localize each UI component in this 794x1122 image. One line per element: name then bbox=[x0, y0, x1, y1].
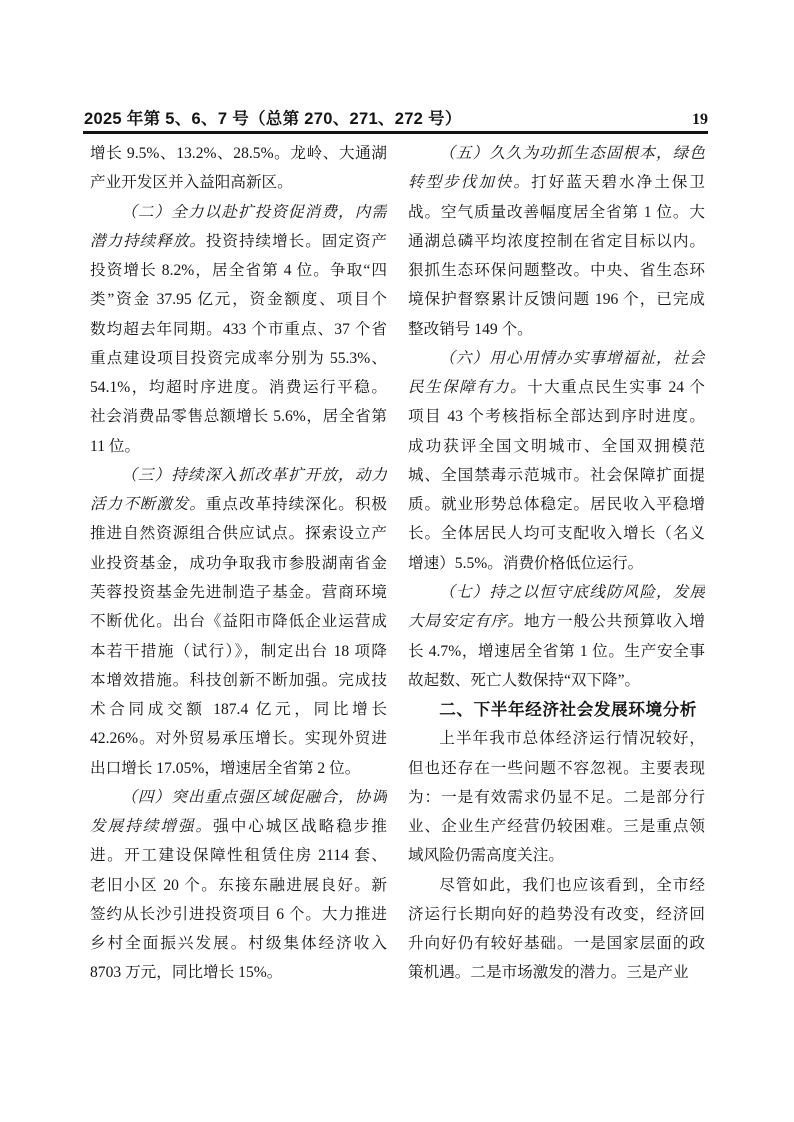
text-line: 增长 9.5%、13.2%、28.5%。龙岭、大通湖 bbox=[90, 139, 387, 168]
text-line: 8703 万元，同比增长 15%。 bbox=[90, 958, 387, 987]
text-segment-kai: （三）持续深入抓改革扩开放，动力 bbox=[121, 467, 387, 484]
text-line: 乡村全面振兴发展。村级集体经济收入 bbox=[90, 929, 387, 958]
text-segment-body: 打好蓝天碧水净土保卫 bbox=[531, 174, 705, 191]
text-segment-kai: （七）持之以恒守底线防风险，发展 bbox=[439, 584, 705, 601]
column-right: （五）久久为功抓生态固根本，绿色转型步伐加快。打好蓝天碧水净土保卫战。空气质量改… bbox=[408, 139, 705, 988]
text-segment-body: 狠抓生态环保问题整改。中央、省生态环 bbox=[408, 262, 705, 279]
text-segment-body: 老旧小区 20 个。东接东融进展良好。新 bbox=[90, 877, 387, 894]
text-line: 质。就业形势总体稳定。居民收入平稳增 bbox=[408, 490, 705, 519]
text-line: 出口增长 17.05%，增速居全省第 2 位。 bbox=[90, 754, 387, 783]
text-line: 长 4.7%，增速居全省第 1 位。生产安全事 bbox=[408, 637, 705, 666]
text-segment-body: 为：一是有效需求仍显不足。二是部分行 bbox=[408, 789, 705, 806]
text-segment-body: 本若干措施（试行）》，制定出台 18 项降 bbox=[90, 643, 387, 660]
text-segment-body: 42.26%。对外贸易承压增长。实现外贸进 bbox=[90, 730, 387, 747]
text-line: 上半年我市总体经济运行情况较好， bbox=[408, 724, 705, 753]
header-rule bbox=[83, 131, 708, 134]
text-line: 增速）5.5%。消费价格低位运行。 bbox=[408, 549, 705, 578]
text-segment-kai: （二）全力以赴扩投资促消费，内需 bbox=[121, 204, 387, 221]
text-segment-body: 重点改革持续深化。积极 bbox=[206, 496, 387, 513]
text-line: 54.1%，均超时序进度。消费运行平稳。 bbox=[90, 373, 387, 402]
text-segment-body: 投资增长 8.2%，居全省第 4 位。争取“四 bbox=[90, 262, 387, 279]
text-segment-body: 类”资金 37.95 亿元，资金额度、项目个 bbox=[90, 291, 387, 308]
text-segment-body: 尽管如此，我们也应该看到，全市经 bbox=[439, 877, 705, 894]
text-segment-body: 地方一般公共预算收入增 bbox=[524, 613, 705, 630]
text-segment-body: 业投资基金，成功争取我市参股湖南省金 bbox=[90, 555, 387, 572]
text-line: 推进自然资源组合供应试点。探索设立产 bbox=[90, 519, 387, 548]
text-line: 战。空气质量改善幅度居全省第 1 位。大 bbox=[408, 198, 705, 227]
column-left: 增长 9.5%、13.2%、28.5%。龙岭、大通湖产业开发区并入益阳高新区。（… bbox=[90, 139, 387, 988]
text-line: 本若干措施（试行）》，制定出台 18 项降 bbox=[90, 637, 387, 666]
text-line: （二）全力以赴扩投资促消费，内需 bbox=[90, 198, 387, 227]
text-line: 成功获评全国文明城市、全国双拥模范 bbox=[408, 432, 705, 461]
text-segment-body: 签约从长沙引进投资项目 6 个。大力推进 bbox=[90, 906, 387, 923]
text-line: 域风险仍需高度关注。 bbox=[408, 841, 705, 870]
text-line: 故起数、死亡人数保持“双下降”。 bbox=[408, 666, 705, 695]
text-segment-body: 投资持续增长。固定资产 bbox=[206, 233, 387, 250]
text-line: （三）持续深入抓改革扩开放，动力 bbox=[90, 461, 387, 490]
text-line: 转型步伐加快。打好蓝天碧水净土保卫 bbox=[408, 168, 705, 197]
text-segment-body: 济运行长期向好的趋势没有改变，经济回 bbox=[408, 906, 705, 923]
text-line: 本增效措施。科技创新不断加强。完成技 bbox=[90, 666, 387, 695]
text-segment-body: 乡村全面振兴发展。村级集体经济收入 bbox=[90, 935, 387, 952]
text-segment-kai: 民生保障有力。 bbox=[408, 379, 527, 396]
text-segment-body: 54.1%，均超时序进度。消费运行平稳。 bbox=[90, 379, 387, 396]
text-line: 项目 43 个考核指标全部达到序时进度。 bbox=[408, 402, 705, 431]
text-line: 产业开发区并入益阳高新区。 bbox=[90, 168, 387, 197]
text-line: （四）突出重点强区域促融合，协调 bbox=[90, 783, 387, 812]
text-segment-kai: 潜力持续释放。 bbox=[90, 233, 206, 250]
text-segment-kai: 转型步伐加快。 bbox=[408, 174, 531, 191]
text-line: 但也还存在一些问题不容忽视。主要表现 bbox=[408, 754, 705, 783]
text-line: 狠抓生态环保问题整改。中央、省生态环 bbox=[408, 256, 705, 285]
text-line: 老旧小区 20 个。东接东融进展良好。新 bbox=[90, 871, 387, 900]
text-segment-body: 推进自然资源组合供应试点。探索设立产 bbox=[90, 525, 387, 542]
text-line: 投资增长 8.2%，居全省第 4 位。争取“四 bbox=[90, 256, 387, 285]
text-line: 重点建设项目投资完成率分别为 55.3%、 bbox=[90, 344, 387, 373]
text-segment-body: 长。全体居民人均可支配收入增长（名义 bbox=[408, 525, 705, 542]
text-segment-hei: 二、下半年经济社会发展环境分析 bbox=[439, 700, 697, 719]
text-line: 升向好仍有较好基础。一是国家层面的政 bbox=[408, 929, 705, 958]
text-segment-kai: （六）用心用情办实事增福祉，社会 bbox=[439, 350, 705, 367]
text-line: （六）用心用情办实事增福祉，社会 bbox=[408, 344, 705, 373]
text-segment-body: 长 4.7%，增速居全省第 1 位。生产安全事 bbox=[408, 643, 705, 660]
text-line: 芙蓉投资基金先进制造子基金。营商环境 bbox=[90, 578, 387, 607]
text-segment-kai: 大局安定有序。 bbox=[408, 613, 524, 630]
text-line: 二、下半年经济社会发展环境分析 bbox=[408, 695, 705, 724]
text-segment-body: 整改销号 149 个。 bbox=[408, 321, 533, 338]
text-segment-kai: （四）突出重点强区域促融合，协调 bbox=[121, 789, 387, 806]
text-line: 类”资金 37.95 亿元，资金额度、项目个 bbox=[90, 285, 387, 314]
text-line: 业、企业生产经营仍较困难。三是重点领 bbox=[408, 812, 705, 841]
text-segment-body: 战。空气质量改善幅度居全省第 1 位。大 bbox=[408, 204, 705, 221]
text-segment-body: 增速）5.5%。消费价格低位运行。 bbox=[408, 555, 643, 572]
text-line: 发展持续增强。强中心城区战略稳步推 bbox=[90, 812, 387, 841]
text-segment-kai: 活力不断激发。 bbox=[90, 496, 206, 513]
text-segment-body: 进。开工建设保障性租赁住房 2114 套、 bbox=[90, 847, 387, 864]
text-line: 策机遇。二是市场激发的潜力。三是产业 bbox=[408, 958, 705, 987]
text-line: 社会消费品零售总额增长 5.6%，居全省第 bbox=[90, 402, 387, 431]
text-segment-body: 强中心城区战略稳步推 bbox=[213, 818, 387, 835]
text-segment-body: 升向好仍有较好基础。一是国家层面的政 bbox=[408, 935, 705, 952]
text-segment-body: 出口增长 17.05%，增速居全省第 2 位。 bbox=[90, 760, 360, 777]
text-line: 整改销号 149 个。 bbox=[408, 315, 705, 344]
text-line: 长。全体居民人均可支配收入增长（名义 bbox=[408, 519, 705, 548]
text-segment-body: 境保护督察累计反馈问题 196 个，已完成 bbox=[408, 291, 705, 308]
text-segment-body: 十大重点民生实事 24 个 bbox=[527, 379, 705, 396]
text-line: 数均超去年同期。433 个市重点、37 个省 bbox=[90, 315, 387, 344]
text-segment-body: 质。就业形势总体稳定。居民收入平稳增 bbox=[408, 496, 705, 513]
text-line: （七）持之以恒守底线防风险，发展 bbox=[408, 578, 705, 607]
text-segment-body: 城、全国禁毒示范城市。社会保障扩面提 bbox=[408, 467, 705, 484]
text-line: 11 位。 bbox=[90, 432, 387, 461]
text-segment-body: 芙蓉投资基金先进制造子基金。营商环境 bbox=[90, 584, 387, 601]
text-line: 济运行长期向好的趋势没有改变，经济回 bbox=[408, 900, 705, 929]
text-segment-body: 11 位。 bbox=[90, 438, 140, 455]
text-segment-body: 成功获评全国文明城市、全国双拥模范 bbox=[408, 438, 705, 455]
text-segment-body: 产业开发区并入益阳高新区。 bbox=[90, 174, 293, 191]
text-segment-body: 重点建设项目投资完成率分别为 55.3%、 bbox=[90, 350, 387, 367]
text-segment-body: 不断优化。出台《益阳市降低企业运营成 bbox=[90, 613, 387, 630]
text-line: 通湖总磷平均浓度控制在省定目标以内。 bbox=[408, 227, 705, 256]
text-segment-body: 增长 9.5%、13.2%、28.5%。龙岭、大通湖 bbox=[90, 145, 387, 162]
text-line: 城、全国禁毒示范城市。社会保障扩面提 bbox=[408, 461, 705, 490]
text-segment-body: 业、企业生产经营仍较困难。三是重点领 bbox=[408, 818, 705, 835]
text-segment-body: 项目 43 个考核指标全部达到序时进度。 bbox=[408, 408, 705, 425]
text-line: 境保护督察累计反馈问题 196 个，已完成 bbox=[408, 285, 705, 314]
text-segment-body: 8703 万元，同比增长 15%。 bbox=[90, 964, 282, 981]
text-segment-body: 但也还存在一些问题不容忽视。主要表现 bbox=[408, 760, 705, 777]
text-segment-body: 本增效措施。科技创新不断加强。完成技 bbox=[90, 672, 387, 689]
text-line: 为：一是有效需求仍显不足。二是部分行 bbox=[408, 783, 705, 812]
text-segment-body: 域风险仍需高度关注。 bbox=[408, 847, 564, 864]
text-segment-kai: 发展持续增强。 bbox=[90, 818, 213, 835]
text-line: （五）久久为功抓生态固根本，绿色 bbox=[408, 139, 705, 168]
text-line: 术合同成交额 187.4 亿元，同比增长 bbox=[90, 695, 387, 724]
text-segment-body: 数均超去年同期。433 个市重点、37 个省 bbox=[90, 321, 387, 338]
page-number: 19 bbox=[692, 111, 708, 129]
page-header: 2025 年第 5、6、7 号（总第 270、271、272 号） 19 bbox=[84, 105, 708, 129]
text-line: 大局安定有序。地方一般公共预算收入增 bbox=[408, 607, 705, 636]
text-line: 不断优化。出台《益阳市降低企业运营成 bbox=[90, 607, 387, 636]
text-segment-body: 故起数、死亡人数保持“双下降”。 bbox=[408, 672, 640, 689]
text-segment-body: 策机遇。二是市场激发的潜力。三是产业 bbox=[408, 964, 689, 981]
text-segment-body: 上半年我市总体经济运行情况较好， bbox=[439, 730, 705, 747]
document-page: 2025 年第 5、6、7 号（总第 270、271、272 号） 19 增长 … bbox=[0, 0, 794, 1122]
text-segment-body: 社会消费品零售总额增长 5.6%，居全省第 bbox=[90, 408, 387, 425]
text-line: 活力不断激发。重点改革持续深化。积极 bbox=[90, 490, 387, 519]
text-line: 民生保障有力。十大重点民生实事 24 个 bbox=[408, 373, 705, 402]
text-line: 进。开工建设保障性租赁住房 2114 套、 bbox=[90, 841, 387, 870]
text-line: 业投资基金，成功争取我市参股湖南省金 bbox=[90, 549, 387, 578]
text-segment-body: 通湖总磷平均浓度控制在省定目标以内。 bbox=[408, 233, 705, 250]
text-line: 签约从长沙引进投资项目 6 个。大力推进 bbox=[90, 900, 387, 929]
text-segment-kai: （五）久久为功抓生态固根本，绿色 bbox=[439, 145, 705, 162]
issue-number: 2025 年第 5、6、7 号（总第 270、271、272 号） bbox=[84, 105, 462, 129]
text-segment-body: 术合同成交额 187.4 亿元，同比增长 bbox=[90, 701, 387, 718]
text-line: 潜力持续释放。投资持续增长。固定资产 bbox=[90, 227, 387, 256]
text-line: 42.26%。对外贸易承压增长。实现外贸进 bbox=[90, 724, 387, 753]
text-line: 尽管如此，我们也应该看到，全市经 bbox=[408, 871, 705, 900]
